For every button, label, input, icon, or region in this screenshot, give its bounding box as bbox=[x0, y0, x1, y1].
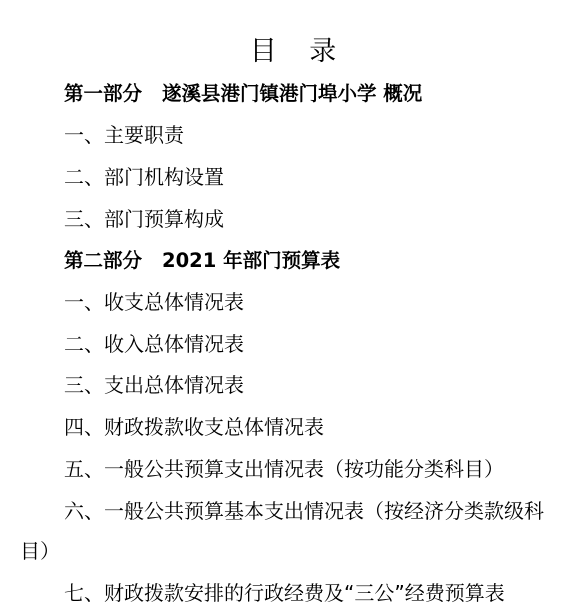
part1-heading: 第一部分遂溪县港门镇港门埠小学 概况 bbox=[64, 82, 422, 106]
toc-item-general-budget-functional: 五、一般公共预算支出情况表（按功能分类科目） bbox=[64, 457, 504, 481]
toc-item-fiscal-appropriation: 四、财政拨款收支总体情况表 bbox=[64, 415, 324, 439]
toc-item-expenditure-overall: 三、支出总体情况表 bbox=[64, 373, 244, 397]
toc-item-revenue-overall: 二、收入总体情况表 bbox=[64, 332, 244, 356]
part1-label: 第一部分 bbox=[64, 82, 142, 105]
part1-title: 遂溪县港门镇港门埠小学 概况 bbox=[162, 82, 422, 105]
part2-heading: 第二部分2021 年部门预算表 bbox=[64, 249, 340, 273]
toc-item-general-budget-economic-cont: 目） bbox=[20, 539, 60, 563]
toc-title: 目 录 bbox=[0, 36, 575, 68]
toc-item-main-duties: 一、主要职责 bbox=[64, 123, 184, 147]
toc-item-org-structure: 二、部门机构设置 bbox=[64, 165, 224, 189]
toc-item-admin-three-public: 七、财政拨款安排的行政经费及“三公”经费预算表 bbox=[64, 581, 505, 605]
toc-page: 目 录 第一部分遂溪县港门镇港门埠小学 概况 一、主要职责 二、部门机构设置 三… bbox=[0, 0, 575, 613]
part2-title: 2021 年部门预算表 bbox=[162, 249, 340, 272]
toc-item-general-budget-economic: 六、一般公共预算基本支出情况表（按经济分类款级科 bbox=[64, 499, 544, 523]
toc-item-revenue-expenditure-overall: 一、收支总体情况表 bbox=[64, 290, 244, 314]
part2-label: 第二部分 bbox=[64, 249, 142, 272]
toc-item-budget-composition: 三、部门预算构成 bbox=[64, 207, 224, 231]
